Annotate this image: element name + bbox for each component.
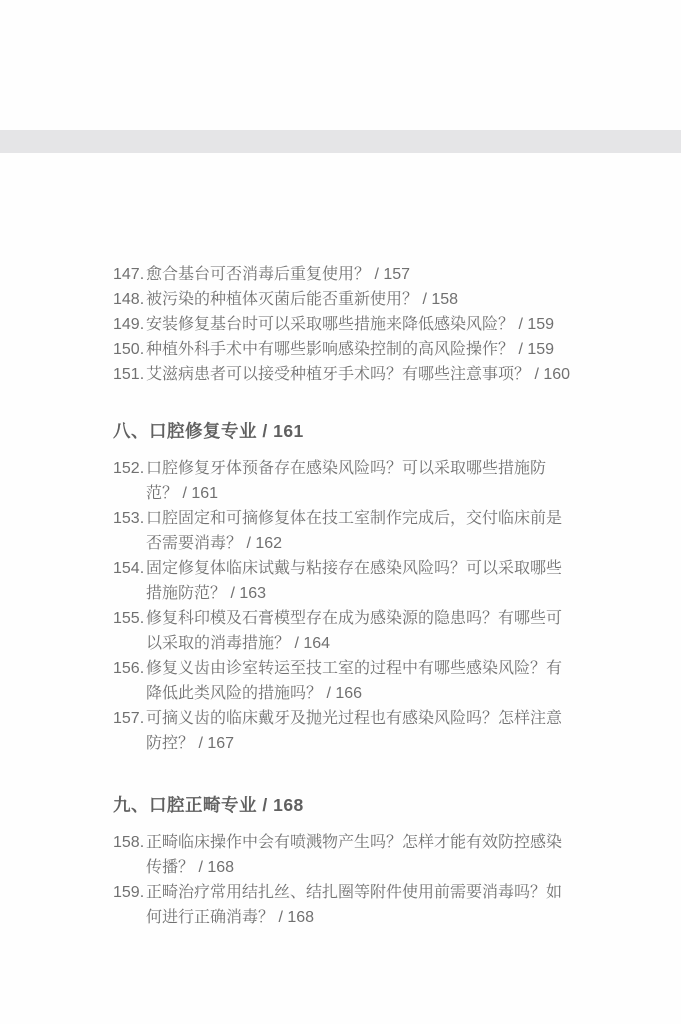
toc-item: 152. 口腔修复牙体预备存在感染风险吗？可以采取哪些措施防 范？ / 161 [113, 456, 653, 506]
toc-item-number: 148. [113, 287, 146, 312]
toc-item: 158. 正畸临床操作中会有喷溅物产生吗？怎样才能有效防控感染 传播？ / 16… [113, 830, 653, 880]
toc-item-number: 157. [113, 706, 146, 731]
toc-item-text: 艾滋病患者可以接受种植牙手术吗？有哪些注意事项？ / 160 [146, 362, 653, 387]
toc-item-text: 口腔固定和可摘修复体在技工室制作完成后，交付临床前是 否需要消毒？ / 162 [146, 506, 653, 556]
toc-item-line: 传播？ / 168 [146, 855, 653, 880]
toc-item-text: 正畸治疗常用结扎丝、结扎圈等附件使用前需要消毒吗？如 何进行正确消毒？ / 16… [146, 880, 653, 930]
toc-item-text: 可摘义齿的临床戴牙及抛光过程也有感染风险吗？怎样注意 防控？ / 167 [146, 706, 653, 756]
toc-item-number: 152. [113, 456, 146, 481]
toc-item-line: 修复义齿由诊室转运至技工室的过程中有哪些感染风险？有 [146, 656, 653, 681]
toc-item-number: 155. [113, 606, 146, 631]
toc-item: 154. 固定修复体临床试戴与粘接存在感染风险吗？可以采取哪些 措施防范？ / … [113, 556, 653, 606]
toc-item-line: 正畸临床操作中会有喷溅物产生吗？怎样才能有效防控感染 [146, 830, 653, 855]
toc-item-line: 安装修复基台时可以采取哪些措施来降低感染风险？ / 159 [146, 312, 653, 337]
toc-item-number: 154. [113, 556, 146, 581]
toc-item-line: 被污染的种植体灭菌后能否重新使用？ / 158 [146, 287, 653, 312]
toc-item-number: 147. [113, 262, 146, 287]
table-of-contents: 147. 愈合基台可否消毒后重复使用？ / 157 148. 被污染的种植体灭菌… [113, 262, 653, 930]
toc-item-line: 否需要消毒？ / 162 [146, 531, 653, 556]
toc-item-line: 措施防范？ / 163 [146, 581, 653, 606]
toc-item-line: 口腔修复牙体预备存在感染风险吗？可以采取哪些措施防 [146, 456, 653, 481]
toc-item-number: 156. [113, 656, 146, 681]
toc-item-line: 口腔固定和可摘修复体在技工室制作完成后，交付临床前是 [146, 506, 653, 531]
toc-item-line: 种植外科手术中有哪些影响感染控制的高风险操作？ / 159 [146, 337, 653, 362]
toc-item-line: 艾滋病患者可以接受种植牙手术吗？有哪些注意事项？ / 160 [146, 362, 653, 387]
toc-item: 159. 正畸治疗常用结扎丝、结扎圈等附件使用前需要消毒吗？如 何进行正确消毒？… [113, 880, 653, 930]
toc-item-text: 口腔修复牙体预备存在感染风险吗？可以采取哪些措施防 范？ / 161 [146, 456, 653, 506]
toc-group-implant: 147. 愈合基台可否消毒后重复使用？ / 157 148. 被污染的种植体灭菌… [113, 262, 653, 387]
section-heading: 九、口腔正畸专业 / 168 [113, 792, 653, 819]
toc-item: 150. 种植外科手术中有哪些影响感染控制的高风险操作？ / 159 [113, 337, 653, 362]
toc-group-prosthodontics: 八、口腔修复专业 / 161 152. 口腔修复牙体预备存在感染风险吗？可以采取… [113, 418, 653, 756]
toc-item-line: 可摘义齿的临床戴牙及抛光过程也有感染风险吗？怎样注意 [146, 706, 653, 731]
toc-item-line: 愈合基台可否消毒后重复使用？ / 157 [146, 262, 653, 287]
toc-item-text: 种植外科手术中有哪些影响感染控制的高风险操作？ / 159 [146, 337, 653, 362]
toc-item-line: 以采取的消毒措施？ / 164 [146, 631, 653, 656]
toc-item: 148. 被污染的种植体灭菌后能否重新使用？ / 158 [113, 287, 653, 312]
toc-item-line: 防控？ / 167 [146, 731, 653, 756]
toc-item-number: 149. [113, 312, 146, 337]
toc-item-number: 150. [113, 337, 146, 362]
page-band [0, 130, 681, 153]
toc-item: 157. 可摘义齿的临床戴牙及抛光过程也有感染风险吗？怎样注意 防控？ / 16… [113, 706, 653, 756]
toc-item: 155. 修复科印模及石膏模型存在成为感染源的隐患吗？有哪些可 以采取的消毒措施… [113, 606, 653, 656]
toc-item-line: 何进行正确消毒？ / 168 [146, 905, 653, 930]
toc-item: 147. 愈合基台可否消毒后重复使用？ / 157 [113, 262, 653, 287]
section-heading: 八、口腔修复专业 / 161 [113, 418, 653, 445]
toc-item: 149. 安装修复基台时可以采取哪些措施来降低感染风险？ / 159 [113, 312, 653, 337]
toc-item-text: 修复义齿由诊室转运至技工室的过程中有哪些感染风险？有 降低此类风险的措施吗？ /… [146, 656, 653, 706]
toc-item-line: 正畸治疗常用结扎丝、结扎圈等附件使用前需要消毒吗？如 [146, 880, 653, 905]
toc-item-text: 正畸临床操作中会有喷溅物产生吗？怎样才能有效防控感染 传播？ / 168 [146, 830, 653, 880]
toc-item-text: 安装修复基台时可以采取哪些措施来降低感染风险？ / 159 [146, 312, 653, 337]
toc-item-text: 修复科印模及石膏模型存在成为感染源的隐患吗？有哪些可 以采取的消毒措施？ / 1… [146, 606, 653, 656]
toc-item-line: 修复科印模及石膏模型存在成为感染源的隐患吗？有哪些可 [146, 606, 653, 631]
toc-group-orthodontics: 九、口腔正畸专业 / 168 158. 正畸临床操作中会有喷溅物产生吗？怎样才能… [113, 792, 653, 930]
toc-item-text: 被污染的种植体灭菌后能否重新使用？ / 158 [146, 287, 653, 312]
toc-item-number: 153. [113, 506, 146, 531]
toc-item-line: 降低此类风险的措施吗？ / 166 [146, 681, 653, 706]
toc-item-number: 151. [113, 362, 146, 387]
toc-item-text: 固定修复体临床试戴与粘接存在感染风险吗？可以采取哪些 措施防范？ / 163 [146, 556, 653, 606]
toc-item-number: 158. [113, 830, 146, 855]
toc-item-text: 愈合基台可否消毒后重复使用？ / 157 [146, 262, 653, 287]
toc-item: 153. 口腔固定和可摘修复体在技工室制作完成后，交付临床前是 否需要消毒？ /… [113, 506, 653, 556]
toc-item-number: 159. [113, 880, 146, 905]
toc-item: 156. 修复义齿由诊室转运至技工室的过程中有哪些感染风险？有 降低此类风险的措… [113, 656, 653, 706]
toc-item-line: 固定修复体临床试戴与粘接存在感染风险吗？可以采取哪些 [146, 556, 653, 581]
book-page: 147. 愈合基台可否消毒后重复使用？ / 157 148. 被污染的种植体灭菌… [0, 0, 681, 1024]
toc-item: 151. 艾滋病患者可以接受种植牙手术吗？有哪些注意事项？ / 160 [113, 362, 653, 387]
toc-item-line: 范？ / 161 [146, 481, 653, 506]
